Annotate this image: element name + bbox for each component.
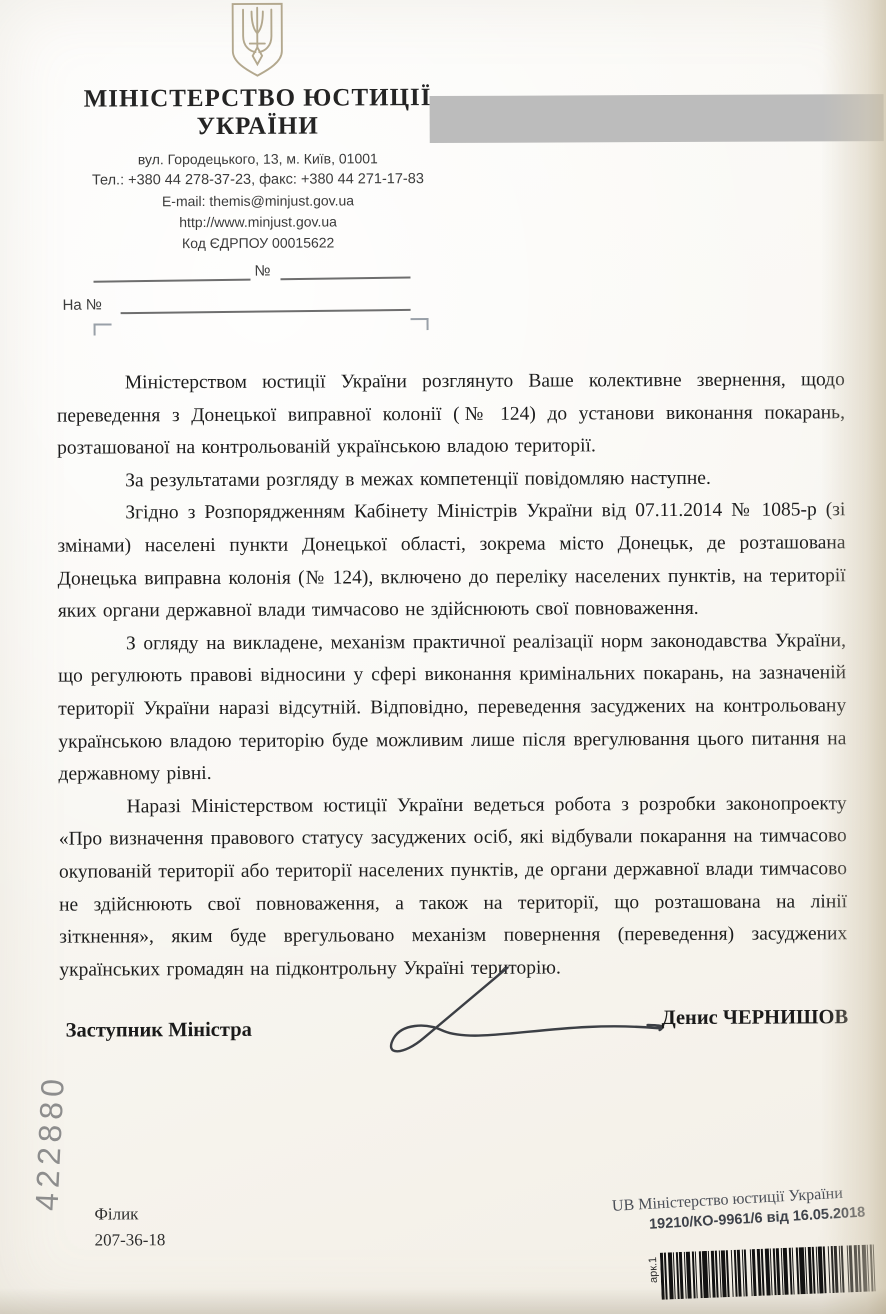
ministry-title-line2: УКРАЇНИ bbox=[38, 112, 478, 142]
ministry-title-line1: МІНІСТЕРСТВО ЮСТИЦІЇ bbox=[38, 84, 478, 114]
vertical-control-number: 422880 bbox=[28, 1073, 72, 1211]
number-label: № bbox=[254, 262, 270, 279]
barcode-block: арк.1 bbox=[646, 1240, 886, 1303]
paragraph-2: За результатами розгляду в межах компете… bbox=[57, 462, 845, 498]
paragraph-1: Міністерством юстиції України розглянуто… bbox=[57, 364, 845, 465]
registration-barcode-icon bbox=[660, 1244, 876, 1299]
ukraine-trident-shield-icon bbox=[224, 1, 290, 79]
signer-position: Заступник Міністра bbox=[66, 1019, 252, 1043]
paragraph-4: З огляду на викладене, механізм практичн… bbox=[58, 625, 847, 791]
reply-number-label: На № bbox=[62, 296, 102, 313]
letterhead-phone: Тел.: +380 44 278-37-23, факс: +380 44 2… bbox=[38, 168, 478, 192]
number-blank-line bbox=[280, 277, 410, 281]
reply-number-row: На № bbox=[0, 292, 458, 297]
letterhead-email: E-mail: themis@minjust.gov.ua bbox=[38, 190, 478, 213]
scanned-letter-page: МІНІСТЕРСТВО ЮСТИЦІЇ УКРАЇНИ вул. Городе… bbox=[0, 0, 886, 1314]
address-corner-mark-right bbox=[411, 318, 429, 330]
letterhead-edrpou-code: Код ЄДРПОУ 00015622 bbox=[38, 232, 478, 255]
date-blank-line bbox=[93, 279, 250, 283]
document-content: МІНІСТЕРСТВО ЮСТИЦІЇ УКРАЇНИ вул. Городе… bbox=[0, 0, 886, 1314]
executor-block: Філик 207-36-18 bbox=[94, 1201, 165, 1253]
handwritten-signature-icon bbox=[359, 951, 689, 1064]
address-corner-mark-left bbox=[94, 323, 112, 335]
letterhead-website: http://www.minjust.gov.ua bbox=[38, 211, 478, 234]
reply-number-blank-line bbox=[121, 309, 411, 314]
executor-phone: 207-36-18 bbox=[94, 1227, 165, 1253]
letterhead: МІНІСТЕРСТВО ЮСТИЦІЇ УКРАЇНИ вул. Городе… bbox=[37, 0, 478, 255]
executor-name: Філик bbox=[94, 1201, 165, 1227]
outgoing-number-row: № bbox=[0, 260, 458, 266]
registration-stamp: UB Міністерство юстиції України 19210/КО… bbox=[612, 1180, 886, 1236]
sheet-count-label: арк.1 bbox=[648, 1269, 661, 1283]
letter-body: Міністерством юстиції України розглянуто… bbox=[57, 364, 848, 987]
redaction-bar bbox=[430, 94, 884, 143]
paragraph-3: Згідно з Розпорядженням Кабінету Міністр… bbox=[57, 495, 846, 629]
letterhead-address: вул. Городецького, 13, м. Київ, 01001 bbox=[38, 148, 478, 170]
signer-name: Денис ЧЕРНИШОВ bbox=[662, 1006, 849, 1030]
